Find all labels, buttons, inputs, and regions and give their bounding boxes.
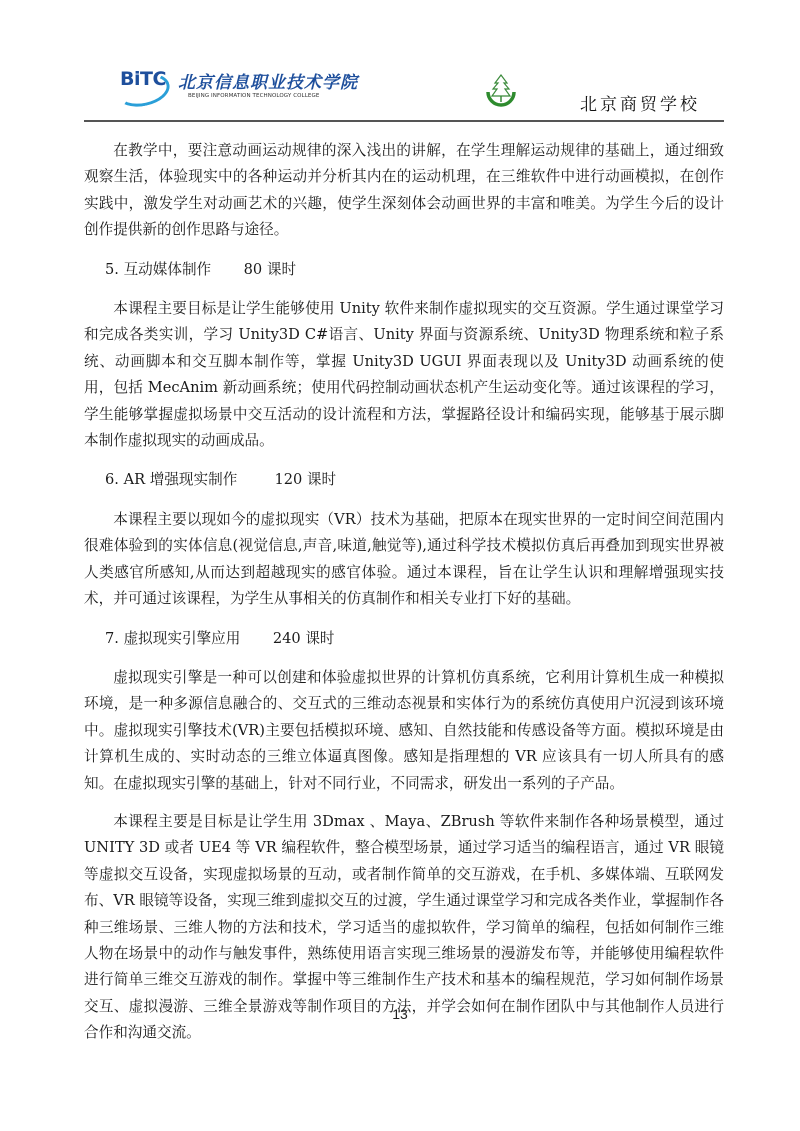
section-heading-7: 7. 虚拟现实引擎应用 240 课时 [84, 626, 724, 652]
college-name-cn: 北京信息职业技术学院 [178, 68, 358, 93]
section-number: 7. [105, 630, 119, 647]
section-hours: 240 课时 [273, 630, 335, 647]
bitc-mark: BiTC [120, 68, 166, 90]
tree-emblem-icon [484, 72, 518, 110]
page-header: BiTC 北京信息职业技术学院 BEIJING INFORMATION TECH… [84, 60, 722, 120]
section-hours: 120 课时 [274, 471, 336, 488]
section-title: 互动媒体制作 [124, 261, 212, 278]
section-7-paragraph-1: 虚拟现实引擎是一种可以创建和体验虚拟世界的计算机仿真系统，它利用计算机生成一种模… [84, 665, 724, 797]
bitc-college-logo: BiTC 北京信息职业技术学院 BEIJING INFORMATION TECH… [116, 66, 346, 106]
intro-paragraph: 在教学中，要注意动画运动规律的深入浅出的讲解，在学生理解运动规律的基础上，通过细… [84, 138, 724, 244]
section-title: 虚拟现实引擎应用 [124, 630, 241, 647]
section-heading-6: 6. AR 增强现实制作 120 课时 [84, 467, 724, 493]
header-divider [84, 120, 724, 122]
college-name-en: BEIJING INFORMATION TECHNOLOGY COLLEGE [188, 93, 319, 99]
document-body: 在教学中，要注意动画运动规律的深入浅出的讲解，在学生理解运动规律的基础上，通过细… [84, 138, 724, 1047]
school-name: 北京商贸学校 [580, 90, 700, 115]
section-hours: 80 课时 [244, 261, 296, 278]
paragraph-spacer [84, 797, 724, 809]
section-6-paragraph: 本课程主要以现如今的虚拟现实（VR）技术为基础，把原本在现实世界的一定时间空间范… [84, 507, 724, 613]
section-5-paragraph: 本课程主要目标是让学生能够使用 Unity 软件来制作虚拟现实的交互资源。学生通… [84, 296, 724, 454]
section-heading-5: 5. 互动媒体制作 80 课时 [84, 257, 724, 283]
section-number: 6. [105, 471, 119, 488]
section-number: 5. [105, 261, 119, 278]
section-title: AR 增强现实制作 [124, 471, 238, 488]
page-number: 13 [0, 1006, 800, 1022]
